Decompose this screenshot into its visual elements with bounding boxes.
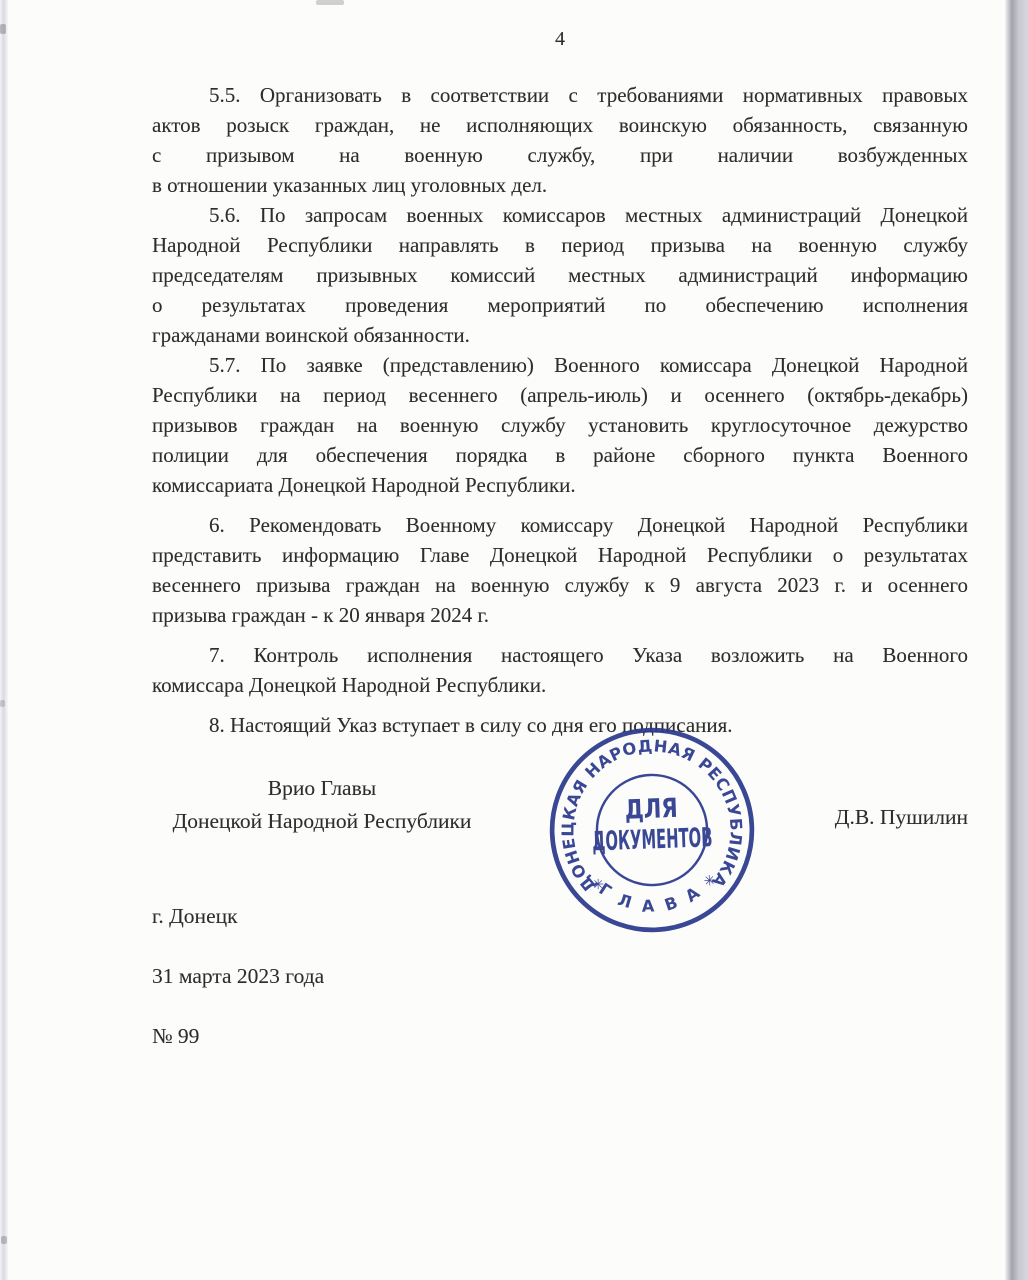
paragraph: 5.5. Организовать в соответствии с требо… xyxy=(152,80,968,200)
text-line: в отношении указанных лиц уголовных дел. xyxy=(152,170,968,200)
text-line: представить информацию Главе Донецкой На… xyxy=(152,540,968,570)
signature-role-block: Врио Главы Донецкой Народной Республики xyxy=(152,772,492,838)
official-stamp: ДОНЕЦКАЯ НАРОДНАЯ РЕСПУБЛИКА ГЛАВА ✳ ✳ Д… xyxy=(542,720,761,939)
scan-artifact xyxy=(1,1236,7,1244)
scan-artifact xyxy=(0,700,5,707)
text-line: гражданами воинской обязанности. xyxy=(152,320,968,350)
text-line: председателям призывных комиссий местных… xyxy=(152,260,968,290)
text-line: Народной Республики направлять в период … xyxy=(152,230,968,260)
document-body: 5.5. Организовать в соответствии с требо… xyxy=(152,80,968,740)
signature-role-line2: Донецкой Народной Республики xyxy=(152,805,492,838)
text-line: весеннего призыва граждан на военную слу… xyxy=(152,570,968,600)
document-page: 4 5.5. Организовать в соответствии с тре… xyxy=(0,0,1028,1280)
doc-number-line: № 99 xyxy=(152,1023,199,1049)
text-line: 5.6. По запросам военных комиссаров мест… xyxy=(152,200,968,230)
svg-text:ГЛАВА: ГЛАВА xyxy=(595,876,714,918)
place-line: г. Донецк xyxy=(152,903,238,929)
scan-artifact xyxy=(0,24,6,34)
text-line: 7. Контроль исполнения настоящего Указа … xyxy=(152,640,968,670)
stamp-center-line2: ДОКУМЕНТОВ xyxy=(592,822,713,857)
scan-edge-right xyxy=(1005,0,1028,1280)
text-line: полиции для обеспечения порядка в районе… xyxy=(152,440,968,470)
paragraph: 5.7. По заявке (представлению) Военного … xyxy=(152,350,968,500)
scan-artifact xyxy=(316,0,344,5)
text-line: призывов граждан на военную службу устан… xyxy=(152,410,968,440)
stamp-center-line1: ДЛЯ xyxy=(624,793,678,826)
text-line: 5.7. По заявке (представлению) Военного … xyxy=(152,350,968,380)
document-content: 4 5.5. Организовать в соответствии с тре… xyxy=(152,26,968,740)
scan-edge-left xyxy=(0,0,8,1280)
stamp-graphic: ДОНЕЦКАЯ НАРОДНАЯ РЕСПУБЛИКА ГЛАВА ✳ ✳ Д… xyxy=(542,720,761,939)
text-line: 6. Рекомендовать Военному комиссару Доне… xyxy=(152,510,968,540)
paragraph: 7. Контроль исполнения настоящего Указа … xyxy=(152,640,968,700)
text-line: 5.5. Организовать в соответствии с требо… xyxy=(152,80,968,110)
signature-name: Д.В. Пушилин xyxy=(770,805,968,830)
paragraph: 6. Рекомендовать Военному комиссару Доне… xyxy=(152,510,968,630)
text-line: комиссара Донецкой Народной Республики. xyxy=(152,670,968,700)
paragraph: 5.6. По запросам военных комиссаров мест… xyxy=(152,200,968,350)
text-line: актов розыск граждан, не исполняющих вои… xyxy=(152,110,968,140)
signature-role-line1: Врио Главы xyxy=(152,772,492,805)
text-line: о результатах проведения мероприятий по … xyxy=(152,290,968,320)
text-line: призыва граждан - к 20 января 2024 г. xyxy=(152,600,968,630)
date-line: 31 марта 2023 года xyxy=(152,963,324,989)
text-line: Республики на период весеннего (апрель-и… xyxy=(152,380,968,410)
text-line: с призывом на военную службу, при наличи… xyxy=(152,140,968,170)
page-number: 4 xyxy=(152,26,968,52)
text-line: комиссариата Донецкой Народной Республик… xyxy=(152,470,968,500)
stamp-bottom-text: ГЛАВА xyxy=(595,876,714,918)
